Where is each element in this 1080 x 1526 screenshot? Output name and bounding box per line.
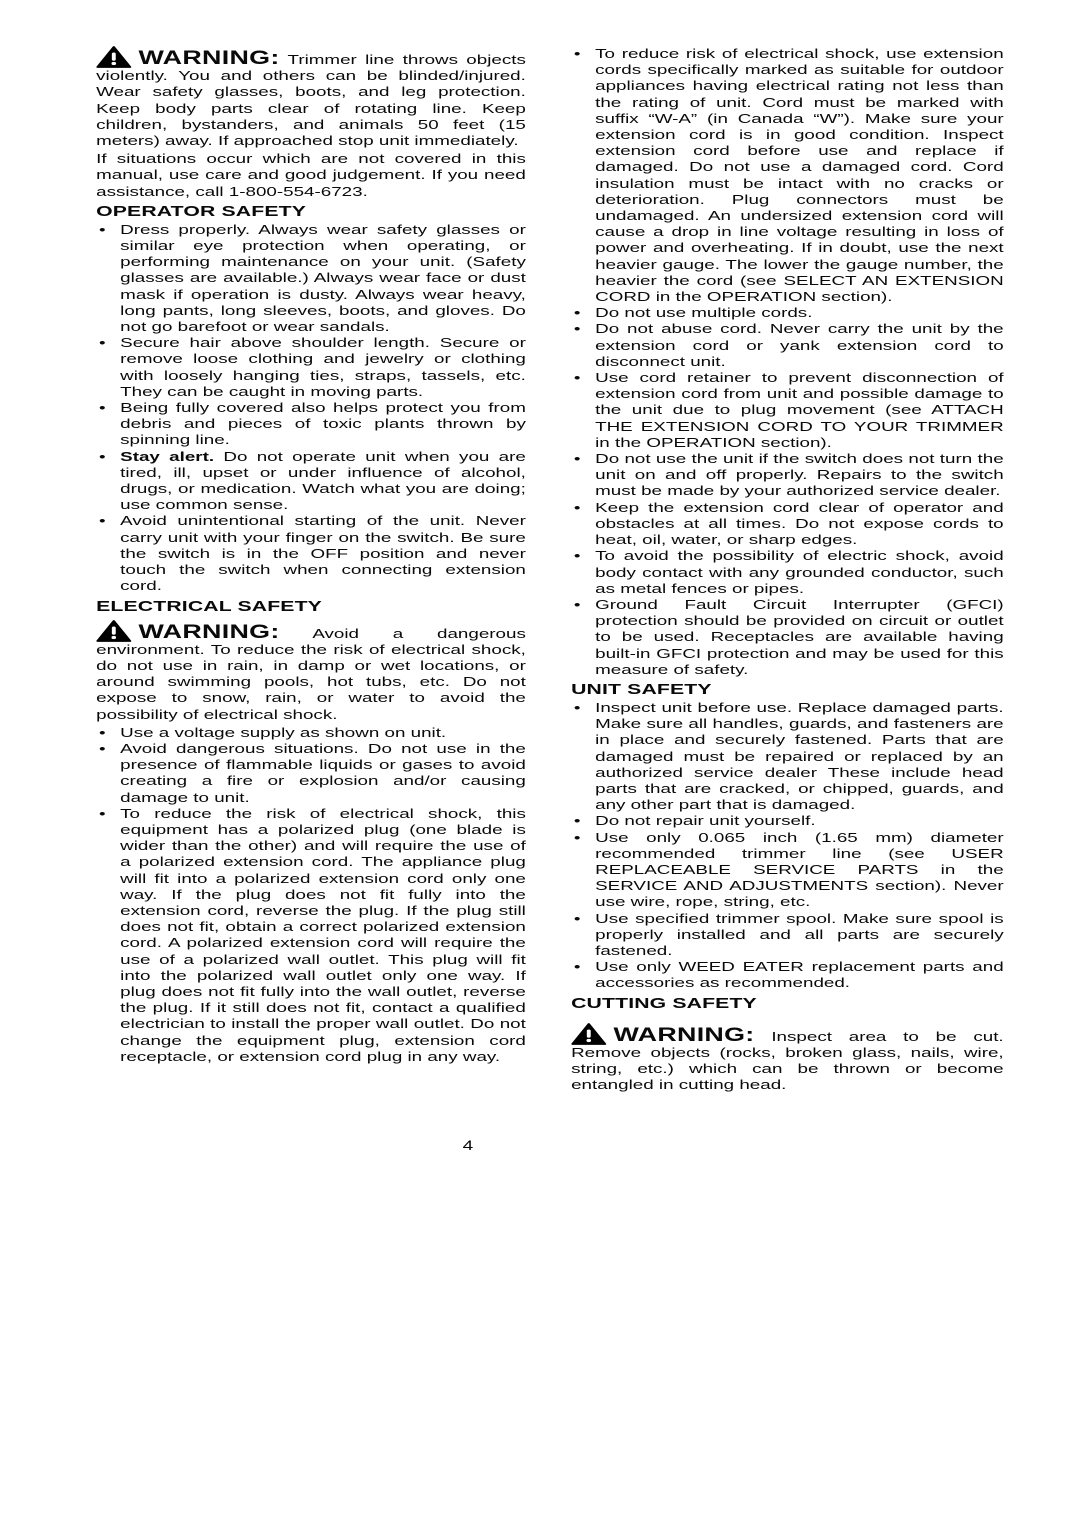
list-item-text: Use only WEED EATER replacement parts an…	[595, 959, 1004, 990]
right-column: To reduce risk of electrical shock, use …	[571, 46, 1004, 1095]
list-item-text: Use cord retainer to prevent disconnecti…	[595, 370, 1004, 450]
electrical-safety-bullets-left: Use a voltage supply as shown on unit. A…	[96, 725, 526, 1065]
list-item: Avoid dangerous situations. Do not use i…	[96, 741, 526, 806]
list-item: Stay alert. Do not operate unit when you…	[96, 449, 526, 514]
list-item: Use only 0.065 inch (1.65 mm) diameter r…	[571, 830, 1004, 911]
list-item-text: Avoid unintentional starting of the unit…	[120, 513, 526, 593]
list-item: Being fully covered also helps protect y…	[96, 400, 526, 449]
list-item: Dress properly. Always wear safety glass…	[96, 222, 526, 335]
unit-safety-bullets: Inspect unit before use. Replace damaged…	[571, 700, 1004, 992]
list-item-bold-text: Stay alert.	[120, 449, 214, 464]
list-item: Secure hair above shoulder length. Secur…	[96, 335, 526, 400]
manual-page: WARNING: Trimmer line throws objects vio…	[0, 0, 1080, 1526]
list-item-text: Ground Fault Circuit Interrupter (GFCI) …	[595, 597, 1004, 677]
heading-operator-safety: OPERATOR SAFETY	[96, 203, 526, 221]
list-item-text: Avoid dangerous situations. Do not use i…	[120, 741, 526, 805]
list-item: Ground Fault Circuit Interrupter (GFCI) …	[571, 597, 1004, 678]
list-item-text: Use only 0.065 inch (1.65 mm) diameter r…	[595, 830, 1004, 910]
warning-block-electrical: WARNING: Avoid a dangerous environment. …	[96, 620, 526, 723]
list-item-text: Use a voltage supply as shown on unit.	[120, 725, 446, 740]
page-number: 4	[450, 1138, 487, 1154]
list-item: Do not use multiple cords.	[571, 305, 1004, 321]
list-item-text: To avoid the possibility of electric sho…	[595, 548, 1004, 595]
warning-label: WARNING:	[614, 1025, 755, 1046]
left-column: WARNING: Trimmer line throws objects vio…	[96, 46, 526, 1065]
list-item: To reduce the risk of electrical shock, …	[96, 806, 526, 1065]
warning-block-trimmer-line: WARNING: Trimmer line throws objects vio…	[96, 46, 526, 149]
list-item: To avoid the possibility of electric sho…	[571, 548, 1004, 597]
list-item: To reduce risk of electrical shock, use …	[571, 46, 1004, 305]
warning-label: WARNING:	[139, 48, 280, 69]
list-item-text: Do not repair unit yourself.	[595, 813, 815, 828]
warning-triangle-icon	[96, 620, 131, 642]
list-item-text: Do not use multiple cords.	[595, 305, 812, 320]
list-item-text: Inspect unit before use. Replace damaged…	[595, 700, 1004, 812]
list-item-text: To reduce risk of electrical shock, use …	[595, 46, 1004, 304]
warning-label: WARNING:	[139, 622, 280, 643]
heading-unit-safety: UNIT SAFETY	[571, 681, 1004, 699]
operator-safety-bullets: Dress properly. Always wear safety glass…	[96, 222, 526, 595]
list-item: Use specified trimmer spool. Make sure s…	[571, 911, 1004, 960]
intro-paragraph: If situations occur which are not covere…	[96, 151, 526, 200]
list-item-text: Dress properly. Always wear safety glass…	[120, 222, 526, 334]
list-item: Keep the extension cord clear of operato…	[571, 500, 1004, 549]
list-item-text: Do not abuse cord. Never carry the unit …	[595, 321, 1004, 368]
list-item: Use cord retainer to prevent disconnecti…	[571, 370, 1004, 451]
list-item: Do not repair unit yourself.	[571, 813, 1004, 829]
list-item: Avoid unintentional starting of the unit…	[96, 513, 526, 594]
list-item-text: Secure hair above shoulder length. Secur…	[120, 335, 526, 399]
warning-block-cutting: WARNING: Inspect area to be cut. Remove …	[571, 1023, 1004, 1094]
list-item: Use a voltage supply as shown on unit.	[96, 725, 526, 741]
list-item: Use only WEED EATER replacement parts an…	[571, 959, 1004, 991]
list-item: Do not use the unit if the switch does n…	[571, 451, 1004, 500]
heading-electrical-safety: ELECTRICAL SAFETY	[96, 598, 526, 616]
list-item-text: Keep the extension cord clear of operato…	[595, 500, 1004, 547]
warning-triangle-icon	[96, 46, 131, 68]
list-item-text: Being fully covered also helps protect y…	[120, 400, 526, 447]
list-item-text: Do not use the unit if the switch does n…	[595, 451, 1004, 498]
warning-triangle-icon	[571, 1023, 606, 1045]
heading-cutting-safety: CUTTING SAFETY	[571, 995, 1004, 1013]
list-item: Do not abuse cord. Never carry the unit …	[571, 321, 1004, 370]
list-item: Inspect unit before use. Replace damaged…	[571, 700, 1004, 813]
electrical-safety-bullets-right: To reduce risk of electrical shock, use …	[571, 46, 1004, 678]
list-item-text: To reduce the risk of electrical shock, …	[120, 806, 526, 1064]
list-item-text: Use specified trimmer spool. Make sure s…	[595, 911, 1004, 958]
